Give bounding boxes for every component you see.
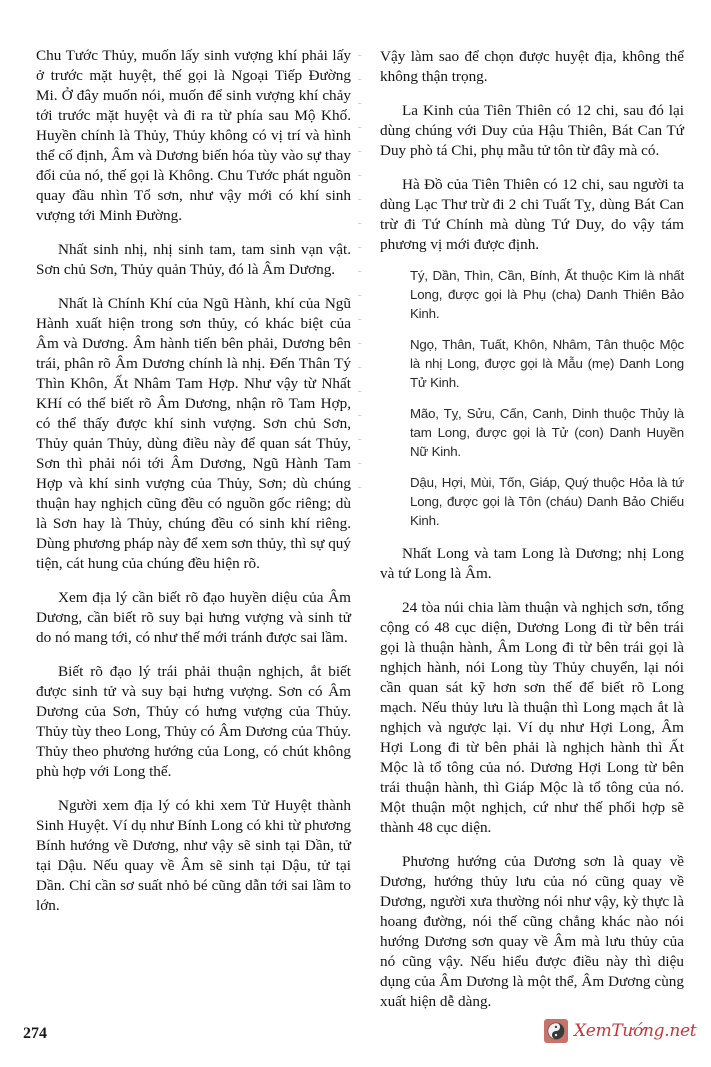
paragraph: Nhất sinh nhị, nhị sinh tam, tam sinh vạ…	[36, 240, 351, 280]
quote-item: Dậu, Hợi, Mùi, Tốn, Giáp, Quý thuộc Hỏa …	[410, 473, 684, 530]
paragraph: La Kinh của Tiên Thiên có 12 chi, sau đó…	[380, 101, 684, 161]
paragraph: Hà Đồ của Tiên Thiên có 12 chi, sau ngườ…	[380, 175, 684, 255]
paragraph: Biết rõ đạo lý trái phải thuận nghịch, ắ…	[36, 662, 351, 782]
scan-margin-marks	[358, 55, 361, 495]
paragraph: Chu Tước Thủy, muốn lấy sinh vượng khí p…	[36, 46, 351, 226]
page-number: 274	[23, 1025, 47, 1043]
yin-yang-icon	[544, 1019, 568, 1043]
quoted-list: Tý, Dần, Thìn, Cần, Bính, Ất thuộc Kim l…	[410, 266, 684, 530]
paragraph: Vậy làm sao để chọn được huyệt địa, khôn…	[380, 47, 684, 87]
left-column: Chu Tước Thủy, muốn lấy sinh vượng khí p…	[36, 46, 351, 930]
quote-item: Ngọ, Thân, Tuất, Khôn, Nhâm, Tân thuộc M…	[410, 335, 684, 392]
paragraph: Phương hướng của Dương sơn là quay về Dư…	[380, 852, 684, 1012]
quote-item: Mão, Tỵ, Sửu, Cấn, Canh, Dinh thuộc Thủy…	[410, 404, 684, 461]
paragraph: 24 tòa núi chia làm thuận và nghịch sơn,…	[380, 598, 684, 838]
paragraph: Người xem địa lý có khi xem Tử Huyệt thà…	[36, 796, 351, 916]
paragraph: Nhất là Chính Khí của Ngũ Hành, khí của …	[36, 294, 351, 574]
quote-item: Tý, Dần, Thìn, Cần, Bính, Ất thuộc Kim l…	[410, 266, 684, 323]
watermark-text: XemTướng.net	[574, 1021, 696, 1041]
site-watermark: XemTướng.net	[544, 1015, 696, 1047]
paragraph: Xem địa lý cần biết rõ đạo huyền diệu củ…	[36, 588, 351, 648]
book-page: Chu Tước Thủy, muốn lấy sinh vượng khí p…	[0, 0, 711, 1067]
paragraph: Nhất Long và tam Long là Dương; nhị Long…	[380, 544, 684, 584]
right-column: Vậy làm sao để chọn được huyệt địa, khôn…	[380, 47, 684, 1026]
